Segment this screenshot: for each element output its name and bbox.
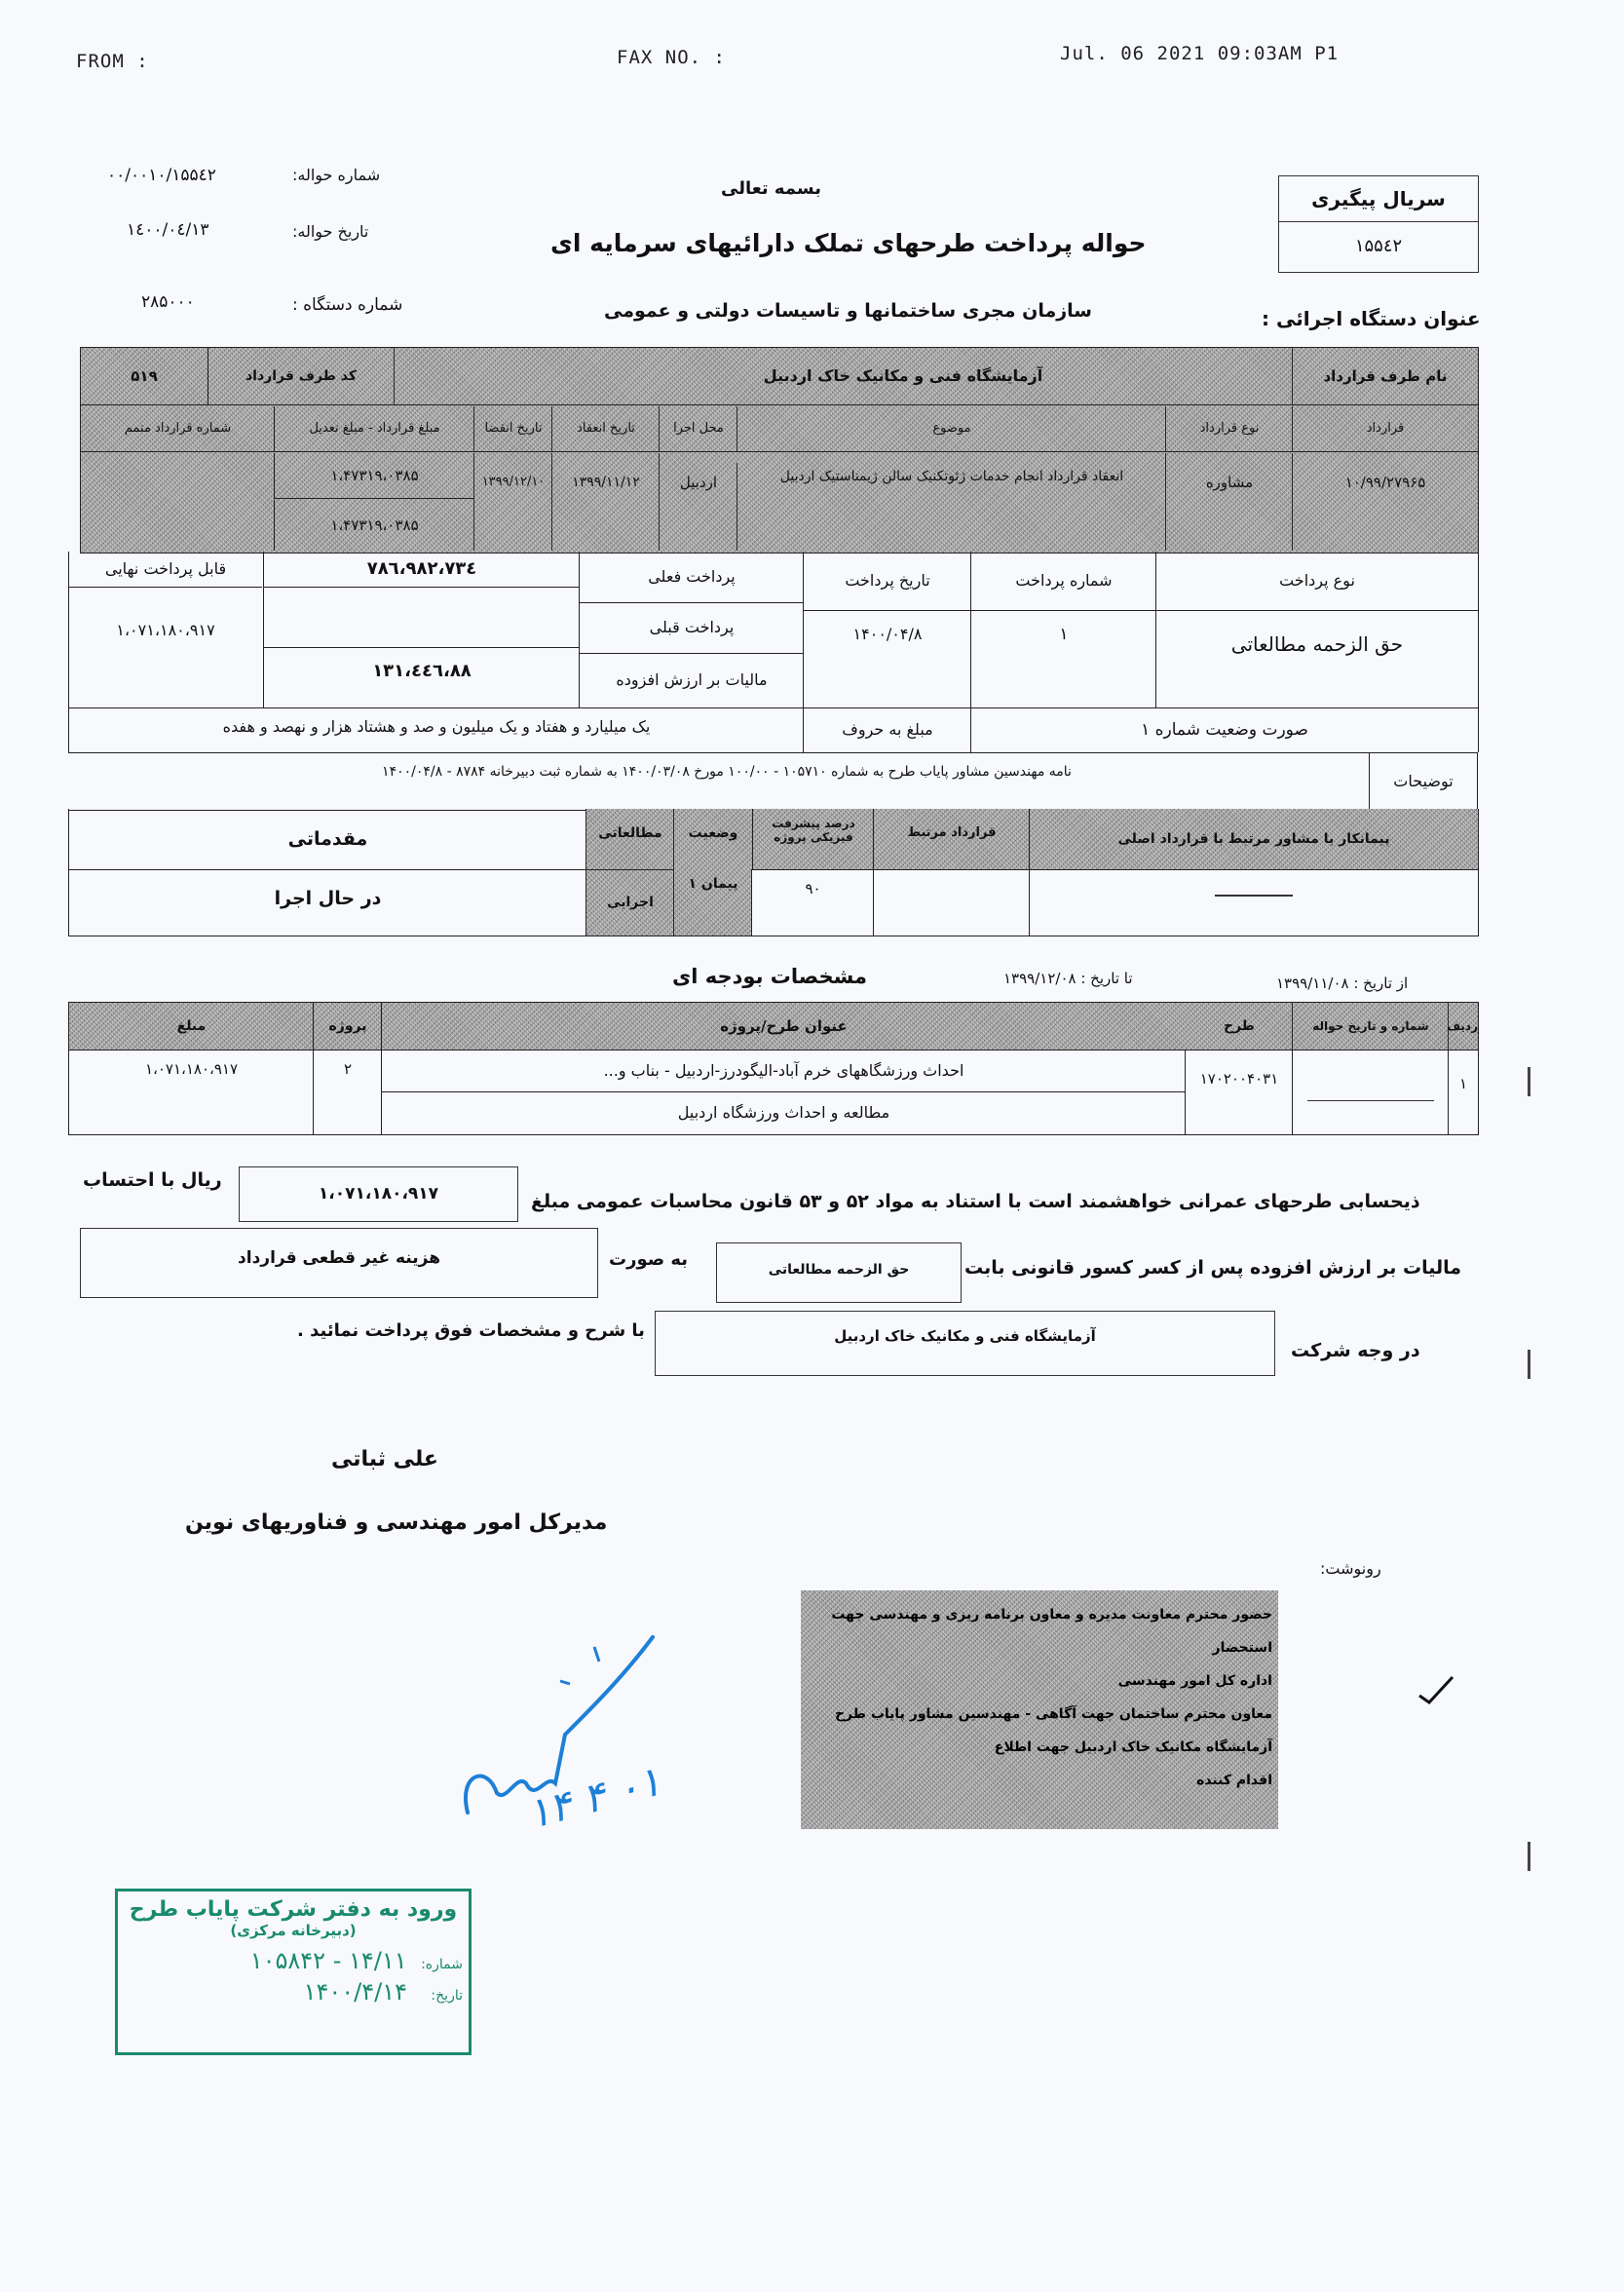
instruction-subject-box: حق الزحمه مطالعاتی <box>716 1242 962 1303</box>
instruction-company-box: آزمایشگاه فنی و مکانیک خاک اردبیل <box>655 1311 1275 1376</box>
payment-type-value: حق الزحمه مطالعاتی <box>1155 610 1478 707</box>
payment-date-label: تاریخ پرداخت <box>803 552 971 611</box>
havale-no-value: ۰۰/۰۰۱۰/۱۵۵٤۲ <box>107 166 216 185</box>
check-mark-icon <box>1417 1671 1456 1710</box>
status-table: پیمانکار یا مشاور مرتبط با قرارداد اصلی … <box>68 809 1479 936</box>
cc-block: حضور محترم معاونت مدیره و معاون برنامه ر… <box>801 1590 1278 1829</box>
fax-datetime: Jul. 06 2021 09:03AM P1 <box>1060 43 1339 64</box>
budget-to-value: ۱۳۹۹/۱۲/۰۸ <box>1003 970 1076 987</box>
budget-from-label: از تاریخ : <box>1353 974 1408 992</box>
final-payable-label: قابل پرداخت نهایی <box>69 552 262 588</box>
contract-header-row: قرارداد نوع قرارداد موضوع محل اجرا تاریخ… <box>81 406 1478 451</box>
contract-type: مشاوره <box>1165 453 1293 551</box>
instruction-cost-type-box: هزینه غیر قطعی قرارداد <box>80 1228 598 1298</box>
contract-party-label: نام طرف قرارداد <box>1292 348 1478 404</box>
vat-value: ۸۸،٤٤٦،۱۳۱ <box>263 647 580 707</box>
budget-title: مشخصات بودجه ای <box>672 965 867 988</box>
instruction-line3-a: در وجه شرکت <box>1291 1340 1420 1361</box>
cc-line: اداره کل امور مهندسی <box>801 1664 1272 1698</box>
previous-payment-label: پرداخت قبلی <box>579 602 804 654</box>
related-contract-header: قرارداد مرتبط <box>873 809 1030 869</box>
contract-party-value: آزمایشگاه فنی و مکانیک خاک اردبیل <box>513 348 1293 404</box>
statement-number: صورت وضعیت شماره ۱ <box>970 707 1478 752</box>
current-payment-label: پرداخت فعلی <box>579 552 804 603</box>
instruction-line1-b: ریال با احتساب <box>83 1169 222 1191</box>
budget-header-title: عنوان طرح/پروژه <box>381 1003 1186 1050</box>
tracking-value: ۱۵۵٤۲ <box>1279 222 1478 271</box>
stamp-number-value: ۱۴/۱۱ - ۱۰۵۸۴۲ <box>250 1947 407 1974</box>
bismillah: بسمه تعالی <box>721 178 821 199</box>
page-title: حواله پرداخت طرحهای تملک دارائیهای سرمای… <box>550 229 1147 257</box>
device-no-label: شماره دستگاه : <box>292 295 402 315</box>
cc-label: رونوشت: <box>1320 1559 1381 1578</box>
status-header: وضعیت <box>673 809 752 869</box>
notes-value: نامه مهندسین مشاور پایاب طرح به شماره ۱۰… <box>84 757 1370 786</box>
payment-type-label: نوع پرداخت <box>1155 552 1478 611</box>
previous-payment-value <box>263 587 580 648</box>
related-contractor-value <box>1029 869 1478 936</box>
contract-subject: انعقاد قرارداد انجام خدمات ژئوتکنیک سالن… <box>736 463 1166 551</box>
final-payable-value: ۱،۰۷۱،۱۸۰،۹۱۷ <box>69 587 262 707</box>
progress-value: ۹۰ <box>751 869 874 936</box>
budget-table: ردیف شماره و تاریخ حواله طرح عنوان طرح/پ… <box>68 1002 1479 1135</box>
instruction-line2-a: مالیات بر ارزش افزوده پس از کسر کسور قان… <box>964 1257 1461 1279</box>
stamp-date-label: تاریخ: <box>431 1988 463 2004</box>
budget-row-amount: ۱،۰۷۱،۱۸۰،۹۱۷ <box>69 1050 314 1134</box>
phase-value: اجرایی <box>585 869 674 936</box>
progress-header: درصد پیشرفت فیزیکی پروژه <box>752 809 874 869</box>
amount-in-words-label: مبلغ به حروف <box>803 707 971 752</box>
handwritten-note: ۱۴ ۴ ۰۱ <box>448 1608 701 1861</box>
havale-date-value: ۱٤۰۰/۰٤/۱۳ <box>127 220 209 240</box>
havale-date-label: تاریخ حواله: <box>292 222 368 241</box>
edge-mark <box>1528 1842 1530 1871</box>
budget-header-havale: شماره و تاریخ حواله <box>1292 1003 1449 1050</box>
fax-number: FAX NO. : <box>617 47 726 68</box>
cc-line: اقدام کننده <box>801 1764 1272 1797</box>
budget-row-havale <box>1292 1050 1449 1134</box>
contract-end-date: ۱۳۹۹/۱۲/۱۰ <box>473 453 552 551</box>
cc-line: آزمایشگاه مکانیک خاک اردبیل جهت اطلاع <box>801 1731 1272 1764</box>
related-contractor-header: پیمانکار یا مشاور مرتبط با قرارداد اصلی <box>1029 809 1478 869</box>
budget-header-row: ردیف <box>1448 1003 1478 1050</box>
budget-from: از تاریخ : ۱۳۹۹/۱۱/۰۸ <box>1276 974 1408 992</box>
stamp-number-label: شماره: <box>421 1957 463 1972</box>
current-payment-value: ۹۸۲،۷۳٤،۷۸٦ <box>263 552 580 588</box>
budget-row-title-2: مطالعه و احداث ورزشگاه اردبیل <box>381 1091 1186 1134</box>
payment-number-label: شماره پرداخت <box>970 552 1156 611</box>
cc-line: معاون محترم ساختمان جهت آگاهی - مهندسین … <box>801 1698 1272 1731</box>
signatory-name: علی ثباتی <box>331 1447 438 1471</box>
budget-row-number: ۱ <box>1448 1050 1478 1134</box>
org-value: سازمان مجری ساختمانها و تاسیسات دولتی و … <box>604 300 1092 322</box>
instruction-line1-a: ذیحسابی طرحهای عمرانی خواهشمند است با اس… <box>531 1191 1420 1212</box>
contract-number: ۱۰/۹۹/۲۷۹۶۵ <box>1292 453 1478 551</box>
receipt-stamp: ورود به دفتر شرکت پایاب طرح (دبیرخانه مر… <box>115 1889 472 2055</box>
edge-mark <box>1528 1350 1530 1379</box>
budget-to: تا تاریخ : ۱۳۹۹/۱۲/۰۸ <box>1003 970 1133 987</box>
payment-section: نوع پرداخت حق الزحمه مطالعاتی شماره پردا… <box>68 552 1479 752</box>
cc-line: حضور محترم معاونت مدیره و معاون برنامه ر… <box>801 1598 1272 1664</box>
notes-label: توضیحات <box>1369 753 1477 810</box>
econ-code-label: کد طرف قرارداد <box>208 348 395 404</box>
contract-amount-1: ۱،۴۷۳۱۹،۰۳۸۵ <box>274 453 474 499</box>
edge-mark <box>1528 1067 1530 1096</box>
stamp-subtitle: (دبیرخانه مرکزی) <box>118 1922 469 1939</box>
contract-table: نام طرف قرارداد آزمایشگاه فنی و مکانیک خ… <box>80 347 1479 554</box>
device-no-value: ۲۸۵۰۰۰ <box>141 292 195 312</box>
budget-row-project: ۲ <box>313 1050 382 1134</box>
related-contract-value <box>873 869 1030 936</box>
instruction-line3-b: با شرح و مشخصات فوق پرداخت نمائید . <box>297 1320 645 1341</box>
tracking-label: سریال پیگیری <box>1279 176 1478 222</box>
phase-study: مقدماتی <box>69 809 586 870</box>
budget-header-amount: مبلغ <box>69 1003 314 1050</box>
stamp-title: ورود به دفتر شرکت پایاب طرح <box>118 1897 469 1922</box>
vat-label: مالیات بر ارزش افزوده <box>579 653 804 707</box>
contract-supplement <box>81 453 275 551</box>
contract-location: اردبیل <box>659 453 737 551</box>
signatory-role: مدیرکل امور مهندسی و فناوریهای نوین <box>185 1510 607 1535</box>
contract-start-date: ۱۳۹۹/۱۱/۱۲ <box>551 453 660 551</box>
study-header: مطالعاتی <box>585 809 674 870</box>
econ-code-value: ۵۱۹ <box>81 348 208 404</box>
notes-row: توضیحات نامه مهندسین مشاور پایاب طرح به … <box>68 752 1478 811</box>
payment-date-value: ۱۴۰۰/۰۴/۸ <box>803 610 971 707</box>
budget-row-title-1: احداث ورزشگاههای خرم آباد-الیگودرز-اردبی… <box>381 1050 1186 1092</box>
contract-amount-2: ۱،۴۷۳۱۹،۰۳۸۵ <box>274 500 474 551</box>
budget-header-project: پروژه <box>313 1003 382 1050</box>
amount-in-words-value: یک میلیارد و هفتاد و یک میلیون و صد و هش… <box>69 707 804 752</box>
havale-no-label: شماره حواله: <box>292 166 380 184</box>
status-value: پیمان ۱ <box>673 869 752 936</box>
budget-to-label: تا تاریخ : <box>1080 970 1132 987</box>
stamp-date-value: ۱۴۰۰/۴/۱۴ <box>304 1978 407 2005</box>
budget-row-plan: ۱۷۰۲۰۰۴۰۳۱ <box>1185 1050 1293 1134</box>
tracking-box: سریال پیگیری ۱۵۵٤۲ <box>1278 175 1479 273</box>
payment-number-value: ۱ <box>970 610 1156 707</box>
budget-header-plan: طرح <box>1186 1003 1293 1050</box>
phase-exec: در حال اجرا <box>69 869 586 936</box>
fax-from: FROM : <box>76 51 149 72</box>
instruction-line2-b: به صورت <box>609 1249 688 1270</box>
budget-from-value: ۱۳۹۹/۱۱/۰۸ <box>1276 974 1349 992</box>
org-label: عنوان دستگاه اجرائی : <box>1262 307 1481 330</box>
instruction-amount-box: ۱،۰۷۱،۱۸۰،۹۱۷ <box>239 1166 518 1222</box>
